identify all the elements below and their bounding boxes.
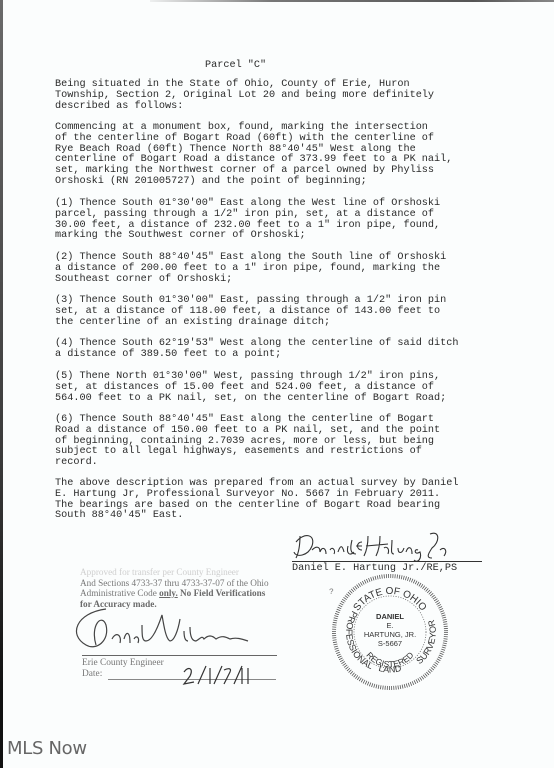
scan-left-border [0, 0, 3, 768]
stamp-admin-prefix: Administrative Code [80, 588, 159, 598]
engineer-label-block: Erie County Engineer Date: [82, 658, 164, 680]
scan-top-border [150, 0, 554, 2]
county-engineer-stamp: Approved for transfer per County Enginee… [80, 567, 300, 609]
stamp-line-sections: And Sections 4733-37 thru 4733-37-07 of … [80, 578, 300, 589]
paragraph-course-4: (4) Thence South 62°19'53" West along th… [55, 339, 459, 361]
paragraph-survey-note: The above description was prepared from … [55, 479, 459, 522]
svg-text:HARTUNG, JR.: HARTUNG, JR. [364, 630, 416, 639]
stamp-admin-suffix: No Field Verifications [178, 588, 266, 598]
paragraph-course-1: (1) Thence South 01°30'00" East along th… [55, 199, 440, 242]
mls-now-watermark: MLS Now [7, 738, 87, 759]
paragraph-situation: Being situated in the State of Ohio, Cou… [55, 80, 434, 112]
svg-text:E.: E. [386, 621, 393, 630]
document-title: Parcel "C" [205, 60, 266, 71]
surveyor-seal-icon: STATE OF OHIO PROFESSIONAL SURVEYOR LAND… [330, 572, 450, 692]
engineer-title: Erie County Engineer [82, 658, 164, 669]
paragraph-course-5: (5) Thene North 01°30'00" West, passing … [55, 372, 446, 404]
county-engineer-signature-icon [66, 605, 266, 655]
svg-text:DANIEL: DANIEL [376, 612, 404, 621]
svg-text:SURVEYOR: SURVEYOR [414, 618, 438, 666]
stamp-admin-only: only. [159, 588, 178, 598]
svg-text:STATE OF OHIO: STATE OF OHIO [352, 586, 429, 613]
paragraph-commencing: Commencing at a monument box, found, mar… [55, 123, 452, 188]
signature-line [292, 561, 482, 562]
paragraph-course-3: (3) Thence South 01°30'00" East, passing… [55, 296, 446, 328]
stamp-line-faded: Approved for transfer per County Enginee… [80, 567, 300, 578]
handwritten-date-icon [180, 664, 250, 686]
stamp-line-admin-code: Administrative Code only. No Field Verif… [80, 588, 300, 599]
engineer-signature-line [82, 655, 277, 656]
paragraph-course-6: (6) Thence South 88°40'45" East along th… [55, 415, 440, 469]
paragraph-course-2: (2) Thence South 88°40'45" East along th… [55, 253, 446, 285]
surveyor-signature-icon [290, 528, 470, 562]
svg-text:S-5667: S-5667 [378, 639, 402, 648]
